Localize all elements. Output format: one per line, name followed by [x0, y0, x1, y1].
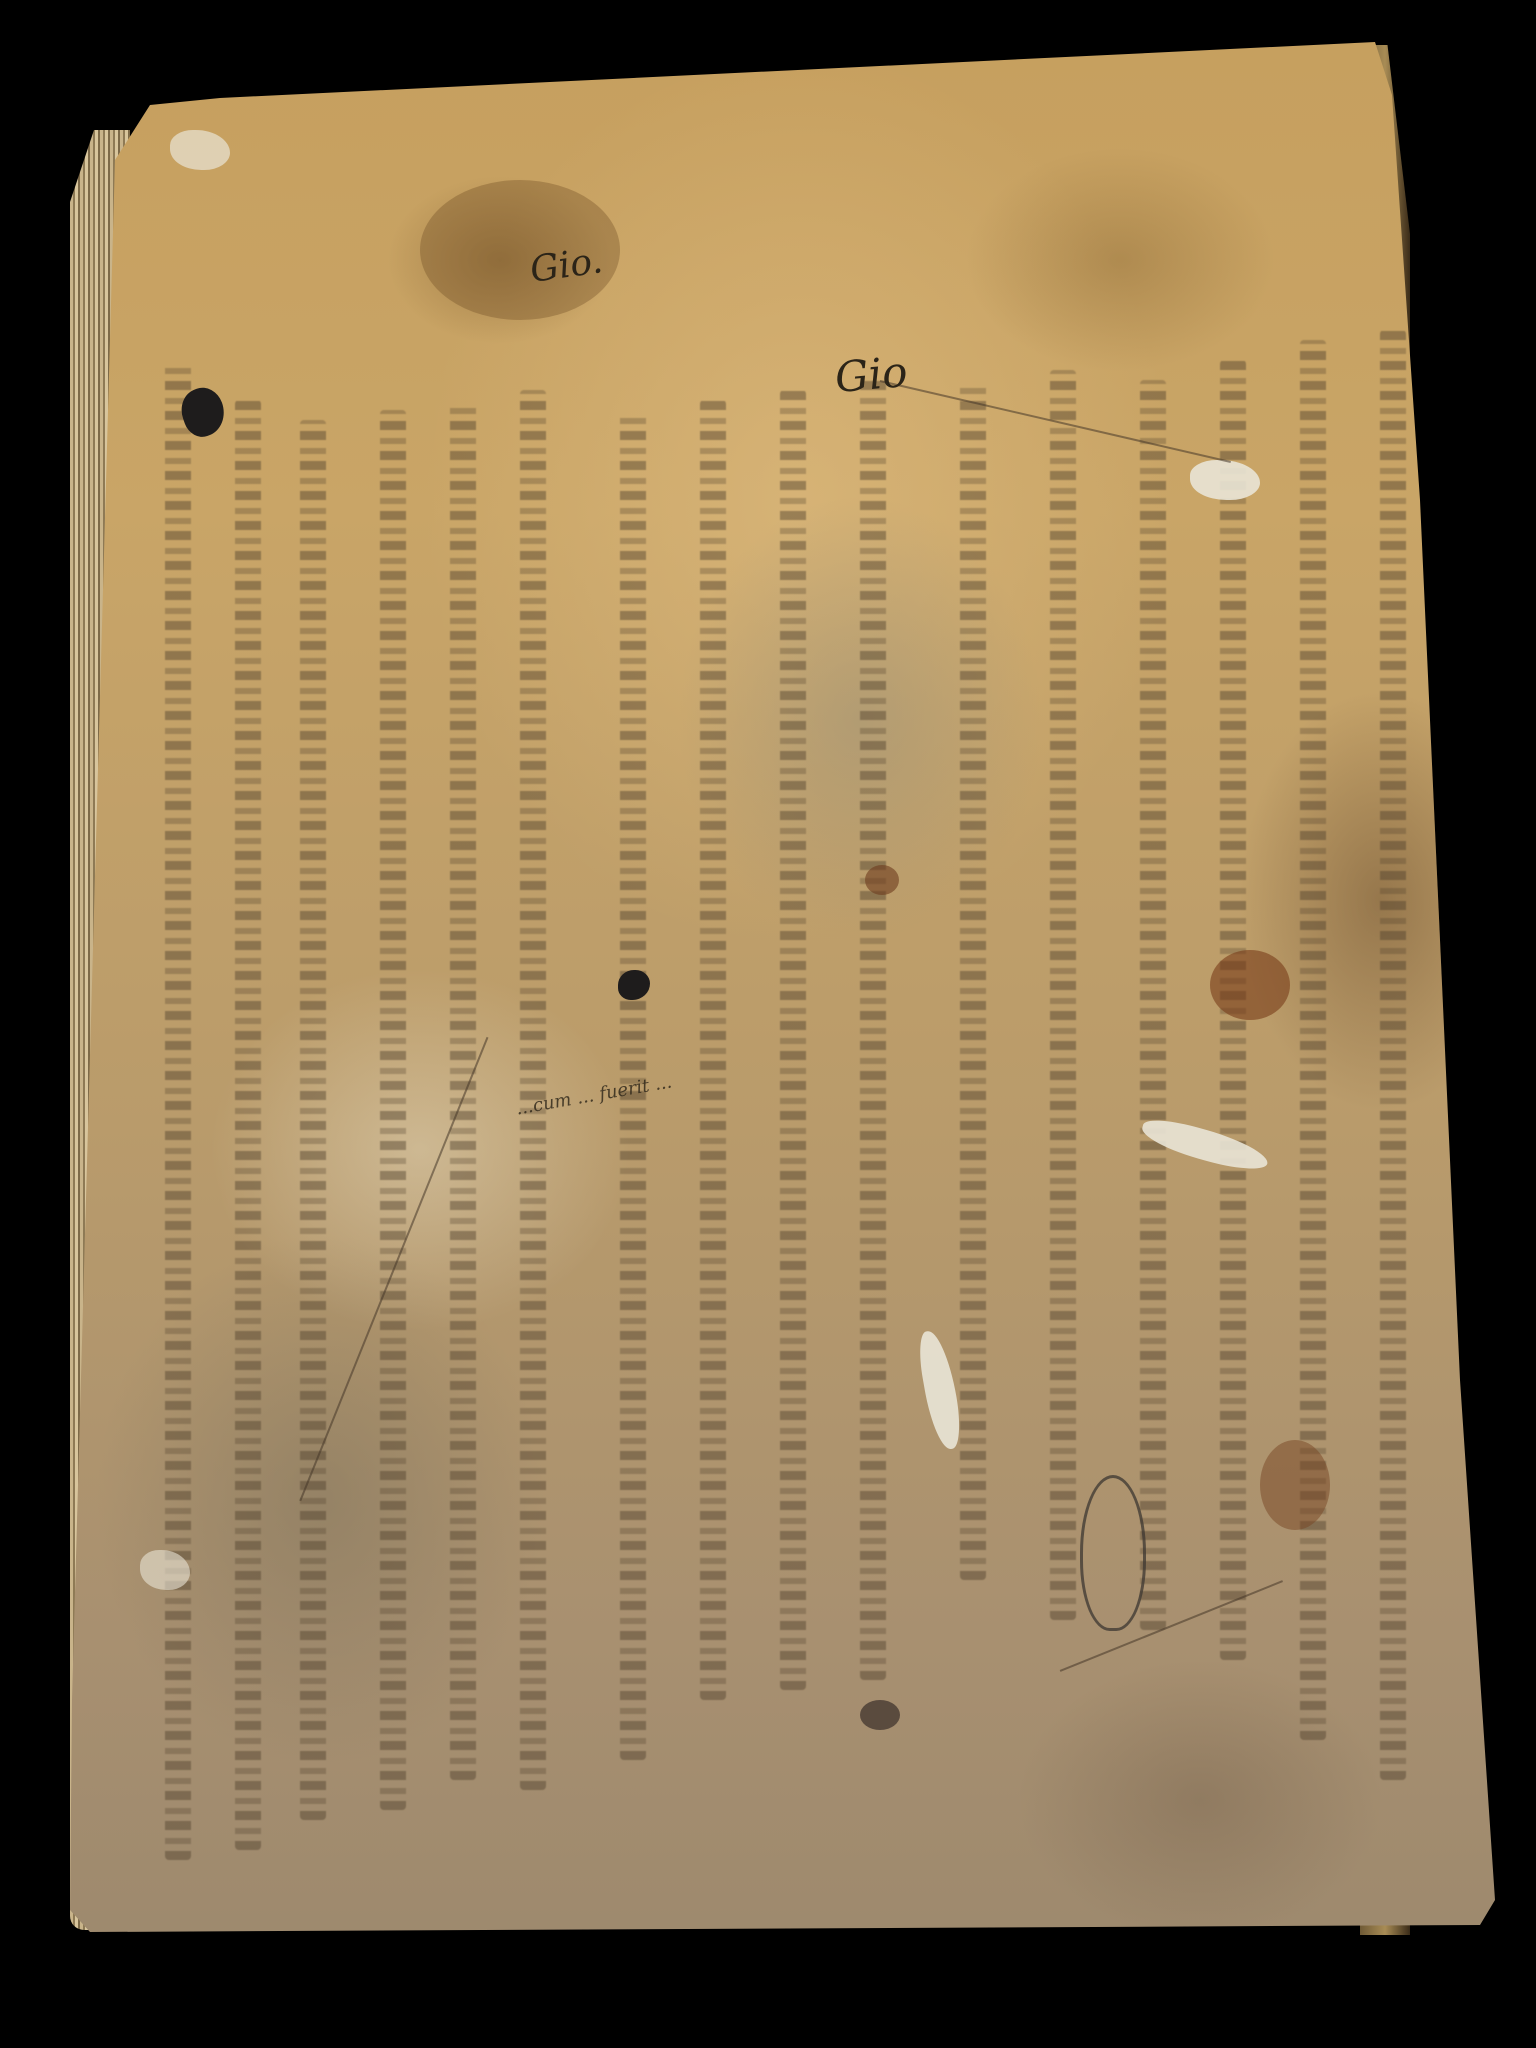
- white-abrasion: [1190, 460, 1260, 500]
- ghost-text-column: [860, 380, 886, 1680]
- white-abrasion: [915, 1328, 965, 1451]
- ghost-text-column: [1050, 370, 1076, 1620]
- ghost-text-column: [235, 400, 261, 1850]
- signature-gio-right: Gio: [833, 347, 909, 402]
- handwritten-b-mark: [1080, 1475, 1146, 1631]
- ghost-text-column: [380, 410, 406, 1810]
- ghost-text-column: [1140, 380, 1166, 1630]
- ghost-text-column: [165, 360, 191, 1860]
- ghost-text-column: [960, 380, 986, 1580]
- ghost-text-column: [450, 400, 476, 1780]
- dark-specks: [860, 1700, 900, 1730]
- ghost-text-column: [780, 390, 806, 1690]
- ghost-text-column: [700, 400, 726, 1700]
- brown-stain: [865, 865, 899, 895]
- ghost-text-column: [1300, 340, 1326, 1740]
- white-abrasion: [170, 130, 230, 170]
- brown-stain: [1210, 950, 1290, 1020]
- vellum-cover: Gio. Gio ...cum ... fuerit ...: [0, 0, 1536, 2048]
- ghost-text-column: [1380, 330, 1406, 1780]
- brown-stain: [1260, 1440, 1330, 1530]
- ghost-text-column: [520, 390, 546, 1790]
- photo-scene: Gio. Gio ...cum ... fuerit ...: [0, 0, 1536, 2048]
- ghost-text-column: [300, 420, 326, 1820]
